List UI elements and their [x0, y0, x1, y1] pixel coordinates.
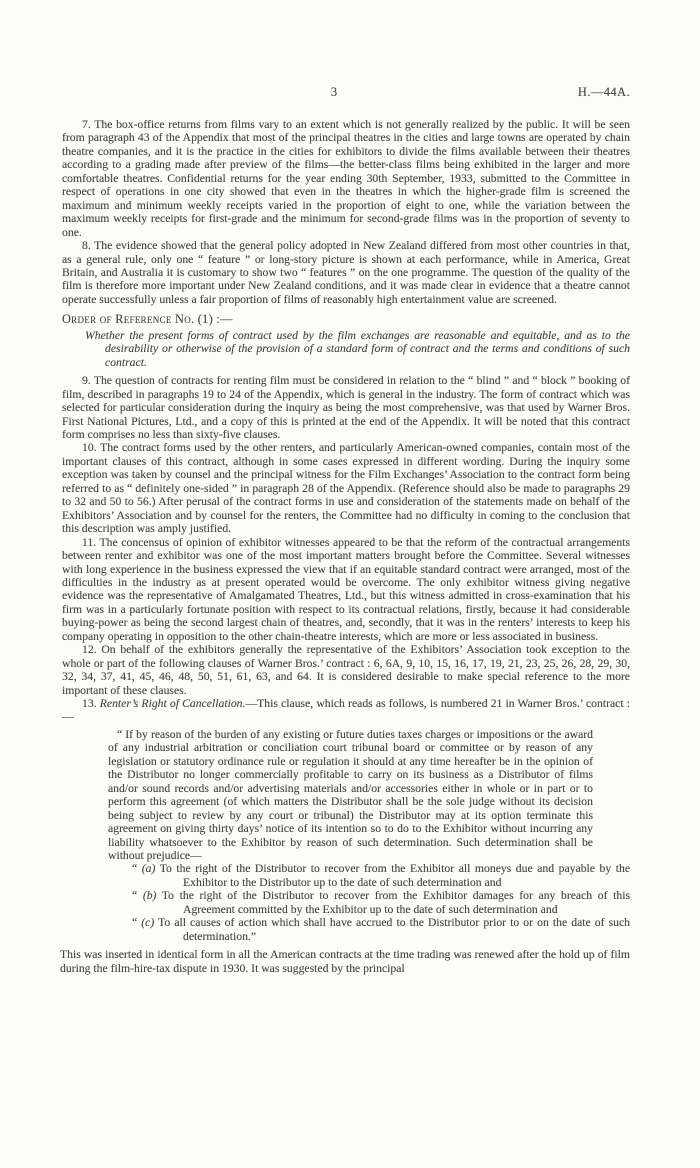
closing-paragraph: This was inserted in identical form in a…	[60, 948, 630, 975]
document-reference: H.—44A.	[578, 86, 630, 99]
order-of-reference-heading: Order of Reference No. (1) :—	[62, 313, 630, 326]
paragraph-8: 8. The evidence showed that the general …	[62, 239, 630, 306]
subitem-b: “ (b) To the right of the Distributor to…	[132, 889, 630, 916]
order-of-reference-text: Whether the present forms of contract us…	[62, 329, 630, 369]
page-number: 3	[62, 86, 606, 99]
paragraph-7: 7. The box-office returns from films var…	[62, 118, 630, 239]
paragraph-11: 11. The concensus of opinion of exhibito…	[62, 536, 630, 644]
document-body: 7. The box-office returns from films var…	[62, 118, 630, 975]
subitem-a-letter: (a)	[142, 862, 156, 875]
subitem-b-quote-mark: “	[132, 889, 143, 902]
subitem-c-quote-mark: “	[132, 916, 141, 929]
paragraph-13-number: 13.	[82, 697, 100, 710]
subitem-a: “ (a) To the right of the Distributor to…	[132, 862, 630, 889]
subitem-c: “ (c) To all causes of action which shal…	[132, 916, 630, 943]
clause-21-subitems: “ (a) To the right of the Distributor to…	[132, 862, 630, 943]
subitem-c-letter: (c)	[141, 916, 154, 929]
paragraph-13-clause-title: Renter’s Right of Cancellation.	[100, 697, 246, 710]
subitem-a-text: To the right of the Distributor to recov…	[155, 862, 630, 888]
subitem-c-text: To all causes of action which shall have…	[154, 916, 630, 942]
paragraph-12: 12. On behalf of the exhibitors generall…	[62, 643, 630, 697]
clause-21-text: “ If by reason of the burden of any exis…	[108, 728, 593, 863]
subitem-a-quote-mark: “	[132, 862, 142, 875]
paragraph-13: 13. Renter’s Right of Cancellation.—This…	[62, 697, 630, 724]
contract-clause-quote: “ If by reason of the burden of any exis…	[108, 728, 593, 943]
subitem-b-letter: (b)	[143, 889, 157, 902]
paragraph-9: 9. The question of contracts for renting…	[62, 374, 630, 441]
paragraph-10: 10. The contract forms used by the other…	[62, 441, 630, 535]
page-header: 3 H.—44A.	[62, 0, 630, 104]
subitem-b-text: To the right of the Distributor to recov…	[156, 889, 630, 915]
document-page: 3 H.—44A. 7. The box-office returns from…	[0, 0, 700, 1168]
